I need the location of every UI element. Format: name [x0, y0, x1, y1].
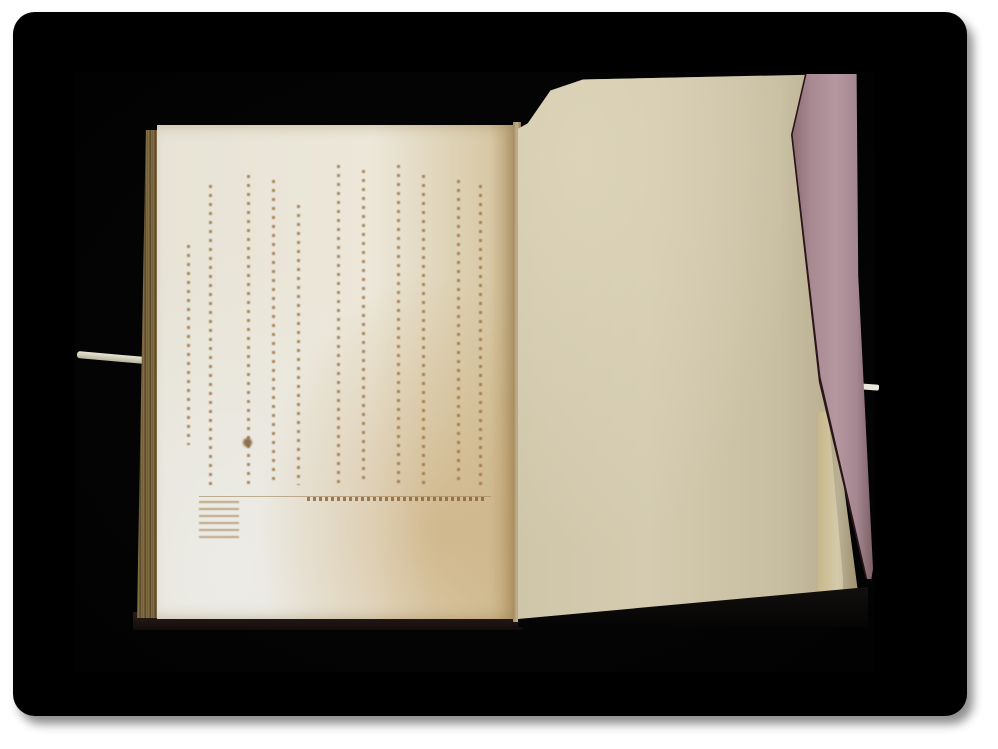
ink-column — [337, 165, 340, 485]
ink-column — [397, 165, 400, 485]
ink-column — [457, 180, 460, 485]
ink-stain — [243, 438, 252, 447]
photo-frame — [13, 12, 967, 716]
marginal-sketch — [199, 500, 239, 538]
photo-scene — [13, 12, 967, 716]
total-figures — [307, 497, 487, 501]
ink-column — [422, 175, 425, 485]
ink-column — [297, 205, 300, 485]
ink-column — [479, 185, 482, 485]
ink-column — [362, 170, 365, 485]
ink-column — [209, 185, 212, 485]
ink-column — [187, 245, 190, 445]
left-manuscript-page — [157, 125, 517, 619]
ink-column — [272, 180, 275, 485]
